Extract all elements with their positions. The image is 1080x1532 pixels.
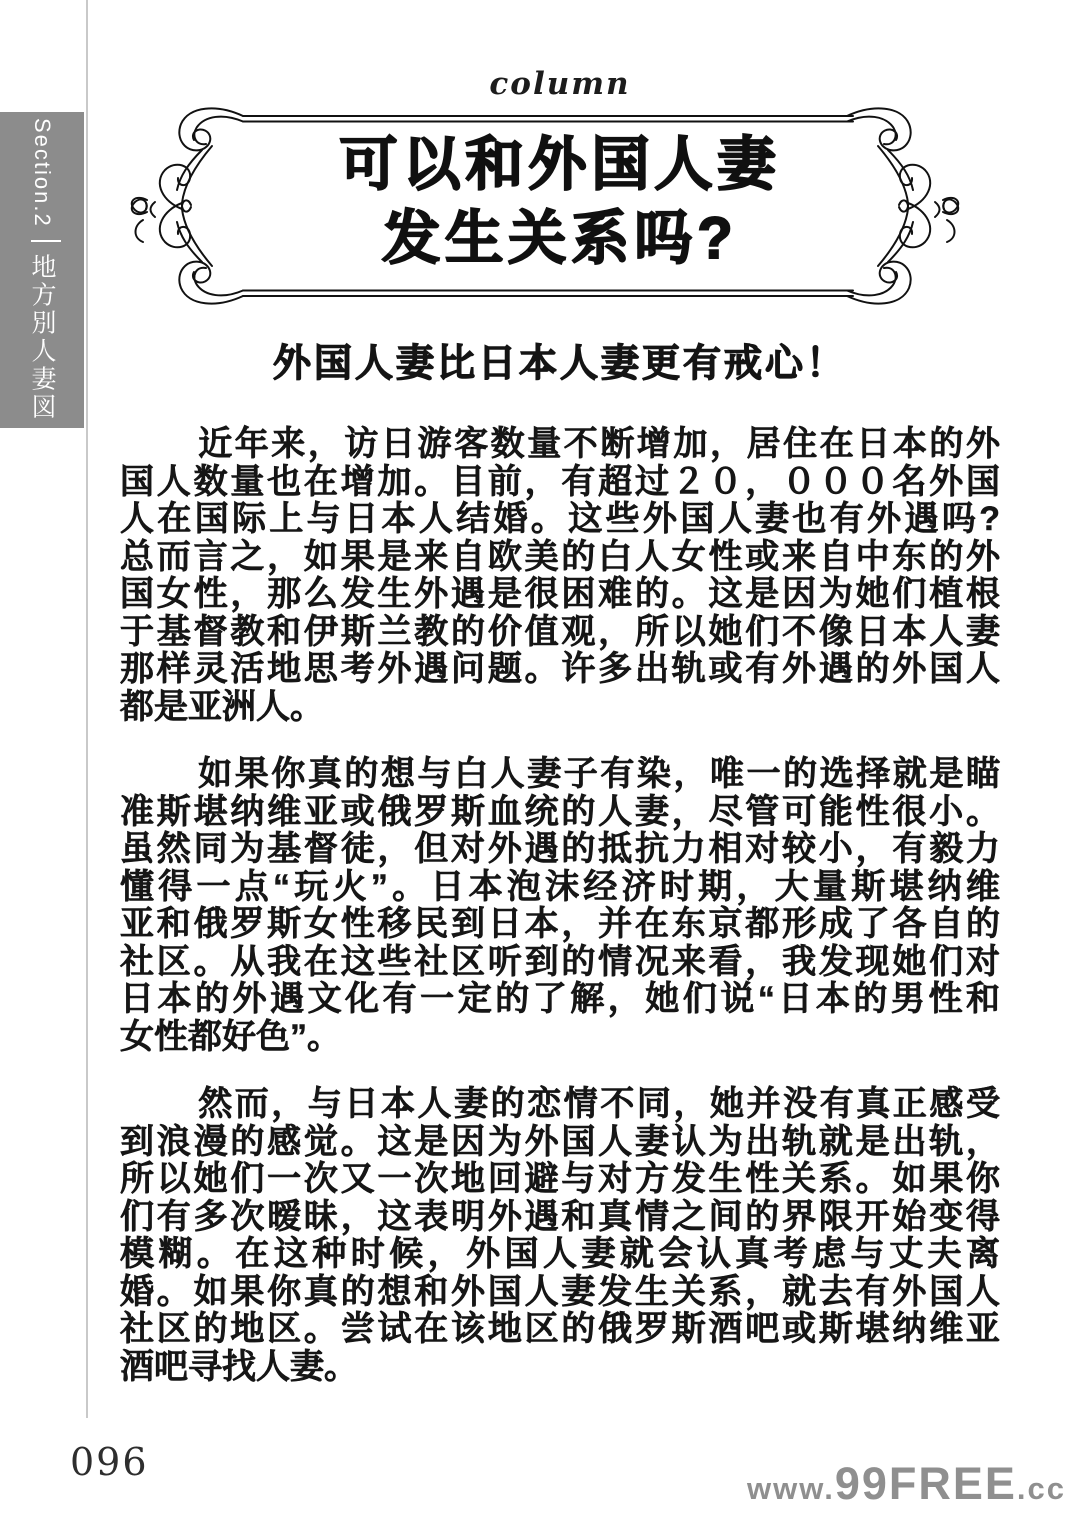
- body-text-line: 女性都好色”。: [120, 1019, 1000, 1057]
- body-text-line: 然而，与日本人妻的恋情不同，她并没有真正感受: [120, 1086, 1000, 1124]
- book-page: Section.2地方別人妻図鑑 column 可以和外国人妻 发: [0, 0, 1080, 1532]
- body-text-line: 社区的地区。尝试在该地区的俄罗斯酒吧或斯堪纳维亚: [120, 1311, 1000, 1349]
- body-text-line: 所以她们一次又一次地回避与对方发生性关系。如果你: [120, 1161, 1000, 1199]
- body-text-line: 人在国际上与日本人结婚。这些外国人妻也有外遇吗?: [120, 501, 1000, 539]
- watermark-suffix: .cc: [1017, 1471, 1066, 1506]
- body-text-line: 到浪漫的感觉。这是因为外国人妻认为出轨就是出轨，: [120, 1124, 1000, 1162]
- sidebar-section-title: 地方別人妻図鑑: [0, 254, 56, 422]
- sidebar-section-label: Section.2: [30, 118, 55, 228]
- body-text-line: 国人数量也在增加。目前，有超过２０，０００名外国: [120, 464, 1000, 502]
- body-paragraph: 然而，与日本人妻的恋情不同，她并没有真正感受到浪漫的感觉。这是因为外国人妻认为出…: [120, 1086, 1000, 1386]
- page-number: 096: [70, 1440, 149, 1484]
- margin-rule: [86, 0, 88, 1418]
- sidebar-section-tab: Section.2地方別人妻図鑑: [0, 112, 84, 428]
- watermark: www.99FREE.cc: [747, 1458, 1066, 1510]
- body-paragraph: 近年来，访日游客数量不断增加，居住在日本的外国人数量也在增加。目前，有超过２０，…: [120, 426, 1000, 726]
- body-text-line: 模糊。在这种时候，外国人妻就会认真考虑与丈夫离: [120, 1236, 1000, 1274]
- body-text-line: 准斯堪纳维亚或俄罗斯血统的人妻，尽管可能性很小。: [120, 794, 1000, 832]
- body-text-line: 近年来，访日游客数量不断增加，居住在日本的外: [120, 426, 1000, 464]
- body-text-line: 国女性，那么发生外遇是很困难的。这是因为她们植根: [120, 576, 1000, 614]
- article-body: 近年来，访日游客数量不断增加，居住在日本的外国人数量也在增加。目前，有超过２０，…: [120, 426, 1000, 1416]
- sidebar-divider: [31, 240, 61, 242]
- body-paragraph: 如果你真的想与白人妻子有染，唯一的选择就是瞄准斯堪纳维亚或俄罗斯血统的人妻，尽管…: [120, 756, 1000, 1056]
- body-text-line: 如果你真的想与白人妻子有染，唯一的选择就是瞄: [120, 756, 1000, 794]
- body-text-line: 那样灵活地思考外遇问题。许多出轨或有外遇的外国人: [120, 651, 1000, 689]
- article-subtitle: 外国人妻比日本人妻更有戒心！: [100, 332, 1020, 387]
- body-text-line: 日本的外遇文化有一定的了解，她们说“日本的男性和: [120, 981, 1000, 1019]
- body-text-line: 虽然同为基督徒，但对外遇的抵抗力相对较小，有毅力: [120, 831, 1000, 869]
- body-text-line: 婚。如果你真的想和外国人妻发生关系，就去有外国人: [120, 1274, 1000, 1312]
- body-text-line: 亚和俄罗斯女性移民到日本，并在东京都形成了各自的: [120, 906, 1000, 944]
- watermark-prefix: www.: [747, 1471, 835, 1506]
- body-text-line: 于基督教和伊斯兰教的价值观，所以她们不像日本人妻: [120, 614, 1000, 652]
- body-text-line: 社区。从我在这些社区听到的情况来看，我发现她们对: [120, 944, 1000, 982]
- article-title-line2: 发生关系吗?: [120, 202, 1000, 276]
- body-text-line: 酒吧寻找人妻。: [120, 1349, 1000, 1387]
- body-text-line: 总而言之，如果是来自欧美的白人女性或来自中东的外: [120, 539, 1000, 577]
- watermark-brand: 99FREE: [835, 1458, 1017, 1509]
- body-text-line: 们有多次暧昧，这表明外遇和真情之间的界限开始变得: [120, 1199, 1000, 1237]
- column-label: column: [120, 66, 1000, 102]
- body-text-line: 懂得一点“玩火”。日本泡沫经济时期，大量斯堪纳维: [120, 869, 1000, 907]
- article-title: 可以和外国人妻 发生关系吗?: [120, 128, 1000, 276]
- body-text-line: 都是亚洲人。: [120, 689, 1000, 727]
- article-title-line1: 可以和外国人妻: [120, 128, 1000, 202]
